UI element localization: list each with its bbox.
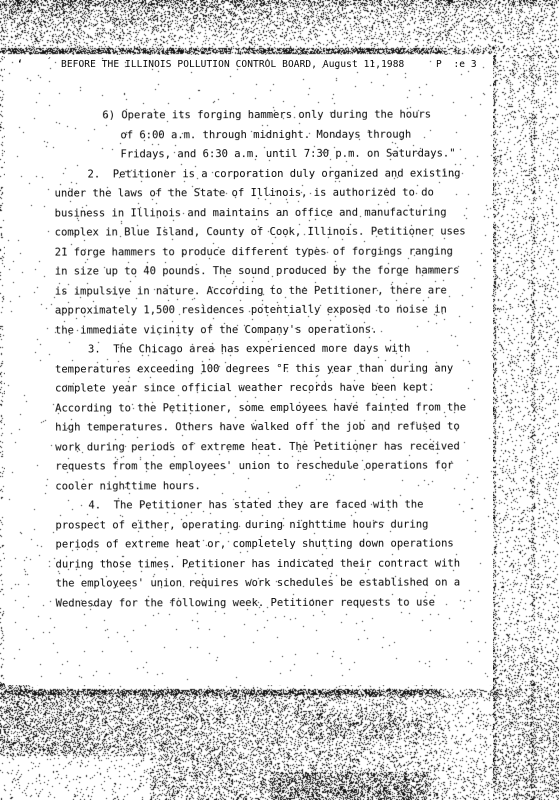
margin-mark: ´ [46, 57, 52, 68]
paragraph-2-line: 2. Petitioner is a corporation duly orga… [54, 164, 494, 185]
paragraph-2-line: is impulsive in nature. According to the… [55, 281, 495, 302]
paragraph-4-line: Wednesday for the following week. Petiti… [56, 593, 496, 614]
paragraph-2-line: complex in Blue Island, County of Cook, … [55, 222, 495, 243]
paragraph-2-line: approximately 1,500 residences potential… [55, 300, 495, 321]
paragraph-4-line: 4. The Petitioner has stated they are fa… [55, 495, 495, 516]
paragraph-4-line: the employees' union requires work sched… [56, 573, 496, 594]
paragraph-2-line: business in Illinois and maintains an of… [55, 203, 495, 224]
paragraph-3-line: complete year since official weather rec… [55, 378, 495, 399]
paragraph-4-line: prospect of either, operating during nig… [55, 515, 495, 536]
document-body: 6) Operate its forging hammers only duri… [54, 105, 495, 613]
quote-line: of 6:00 a.m. through midnight. Mondays t… [54, 125, 494, 146]
paragraph-3-line: high temperatures. Others have walked of… [55, 417, 495, 438]
paragraph-3-line: work during periods of extreme heat. The… [55, 437, 495, 458]
paragraph-2-line: 21 forge hammers to produce different ty… [55, 242, 495, 263]
document-title: BEFORE THE ILLINOIS POLLUTION CONTROL BO… [61, 59, 404, 70]
quote-line: 6) Operate its forging hammers only duri… [54, 105, 494, 126]
scan-noise-bottom-band [0, 683, 559, 800]
paragraph-2-line: in size up to 40 pounds. The sound produ… [55, 261, 495, 282]
quote-line: Fridays, and 6:30 a.m. until 7:30 p.m. o… [54, 144, 494, 165]
paragraph-4-line: during those times. Petitioner has indic… [56, 554, 496, 575]
scan-noise-top-band [0, 0, 559, 57]
scanned-document-page: { "colors":{ "ink":"#1f1f1f", "paper":"#… [0, 0, 559, 800]
paragraph-2-line: the immediate vicinity of the Company's … [55, 320, 495, 341]
document-header: ʻ ´ BEFORE THE ILLINOIS POLLUTION CONTRO… [0, 59, 493, 73]
paragraph-3-line: According to the Petitioner, some employ… [55, 398, 495, 419]
page-number: P :e 3 [436, 59, 477, 70]
margin-mark: ʻ [17, 59, 23, 70]
paragraph-3-line: cooler nighttime hours. [55, 476, 495, 497]
paragraph-3-line: 3. The Chicago area has experienced more… [55, 339, 495, 360]
paragraph-3-line: temperatures exceeding 100 degrees °F th… [55, 359, 495, 380]
paragraph-3-line: requests from the employees' union to re… [55, 456, 495, 477]
paragraph-4-line: periods of extreme heat or, completely s… [55, 534, 495, 555]
paragraph-2-line: under the laws of the State of Illinois,… [55, 183, 495, 204]
